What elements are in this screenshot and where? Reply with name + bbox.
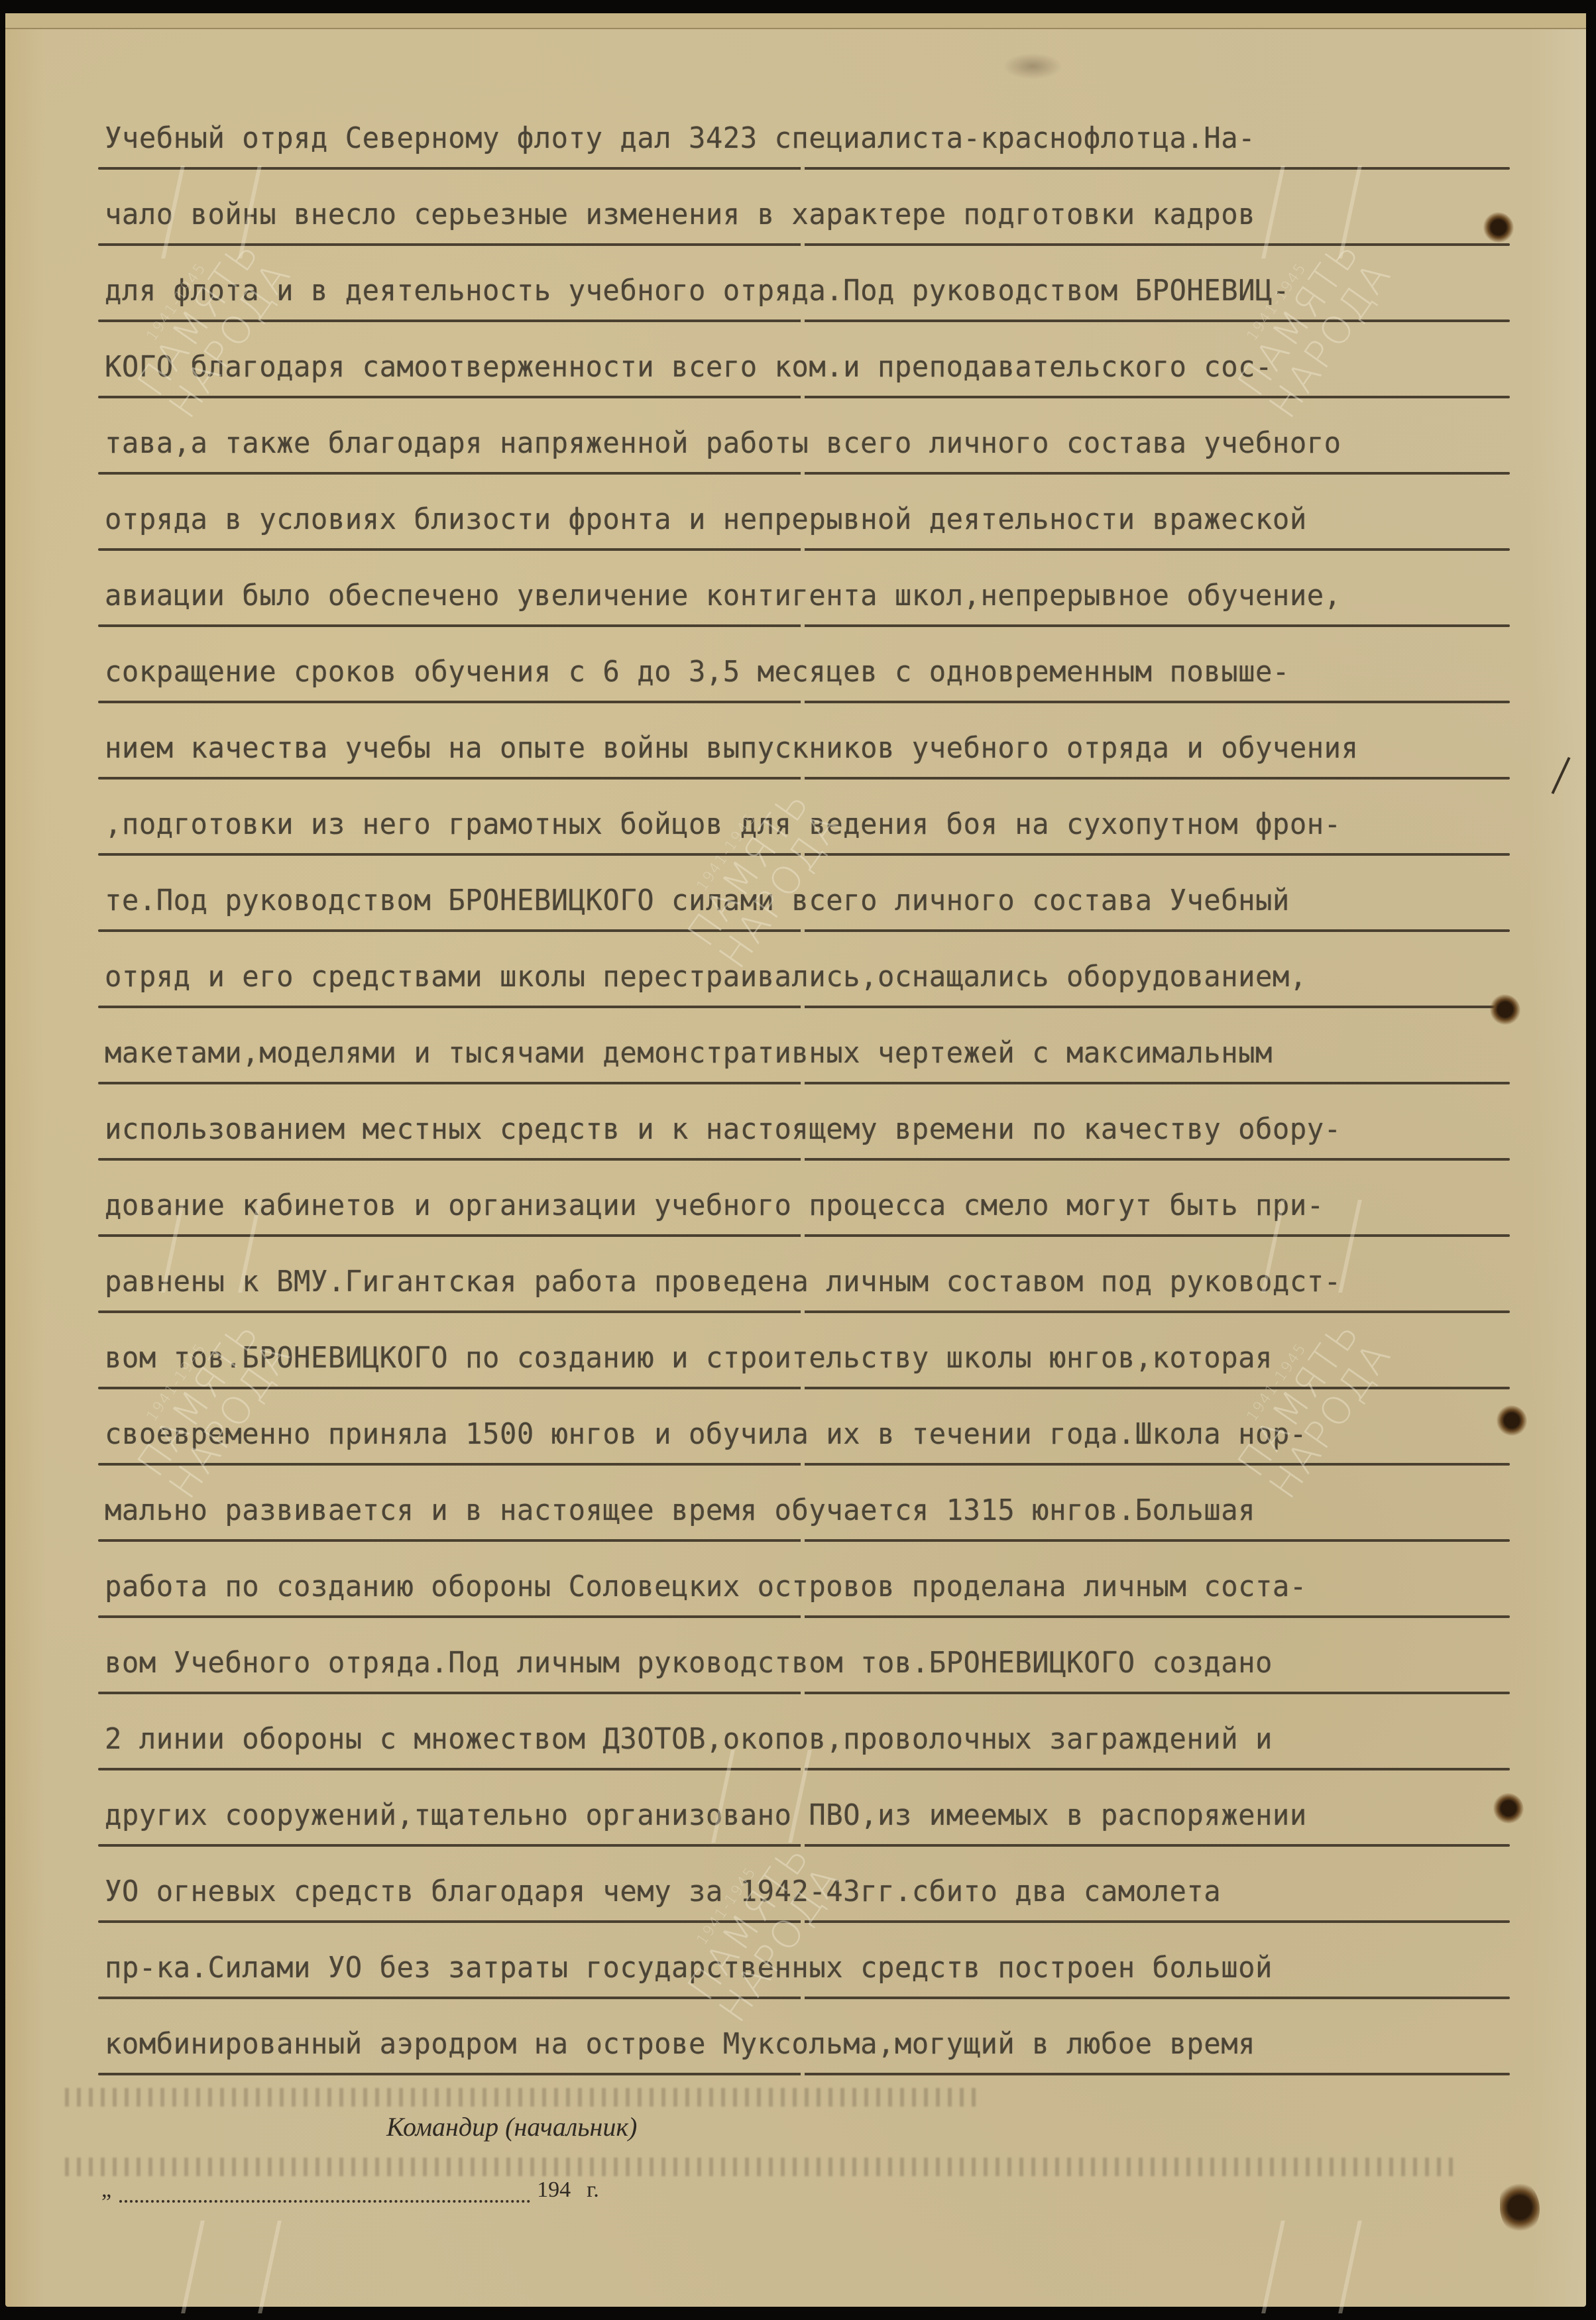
text-line: нием качества учебы на опыте войны выпус… [98,703,1510,780]
pencil-mark [1552,757,1571,794]
stamp-smudge [1003,53,1062,80]
text-line: работа по созданию обороны Соловецких ос… [98,1541,1510,1618]
binding-hole [1483,212,1514,243]
text-line: макетами,моделями и тысячами демонстрати… [98,1008,1510,1084]
text-line: комбинированный аэродром на острове Мукс… [98,1999,1510,2075]
date-dotted-blank [119,2187,530,2203]
text-line: ,подготовки из него грамотных бойцов для… [98,779,1510,856]
bleed-through-print [65,2158,1457,2176]
binding-hole [1490,994,1520,1025]
text-line: использованием местных средств и к насто… [98,1084,1510,1161]
text-line: отряда в условиях близости фронта и непр… [98,474,1510,551]
text-line: пр-ка.Силами УО без затраты государствен… [98,1922,1510,1999]
text-line: сокращение сроков обучения с 6 до 3,5 ме… [98,626,1510,703]
date-suffix: г. [587,2177,599,2203]
page-top-edge [5,13,1586,29]
underline-rule [98,2073,1510,2075]
watermark-star-icon [1261,2221,1362,2313]
binding-hole [1497,1405,1527,1436]
date-year: 194 [537,2177,571,2203]
text-line: вом Учебного отряда.Под личным руководст… [98,1617,1510,1694]
text-line: авиации было обеспечено увеличение конти… [98,550,1510,627]
signatory-label: Командир (начальник) [386,2111,637,2142]
text-line: КОГО благодаря самоотверженности всего к… [98,321,1510,398]
binding-hole [1500,2181,1540,2234]
binding-hole [1493,1793,1524,1824]
date-line: „ 194 г. [101,2177,599,2203]
text-line: те.Под руководством БРОНЕВИЦКОГО силами … [98,855,1510,932]
document-page: Учебный отряд Северному флоту дал 3423 с… [5,13,1586,2307]
bleed-through-print [65,2088,980,2107]
text-line: вом тов.БРОНЕВИЦКОГО по созданию и строи… [98,1312,1510,1389]
text-line: отряд и его средствами школы перестраива… [98,931,1510,1008]
text-line: Учебный отряд Северному флоту дал 3423 с… [98,93,1510,170]
text-line: своевременно приняла 1500 юнгов и обучил… [98,1389,1510,1466]
text-line: тава,а также благодаря напряженной работ… [98,398,1510,475]
date-quote-mark: „ [101,2177,111,2203]
text-line: мально развивается и в настоящее время о… [98,1465,1510,1542]
text-line: УО огневых средств благодаря чему за 194… [98,1846,1510,1923]
watermark-star-icon [181,2221,282,2313]
